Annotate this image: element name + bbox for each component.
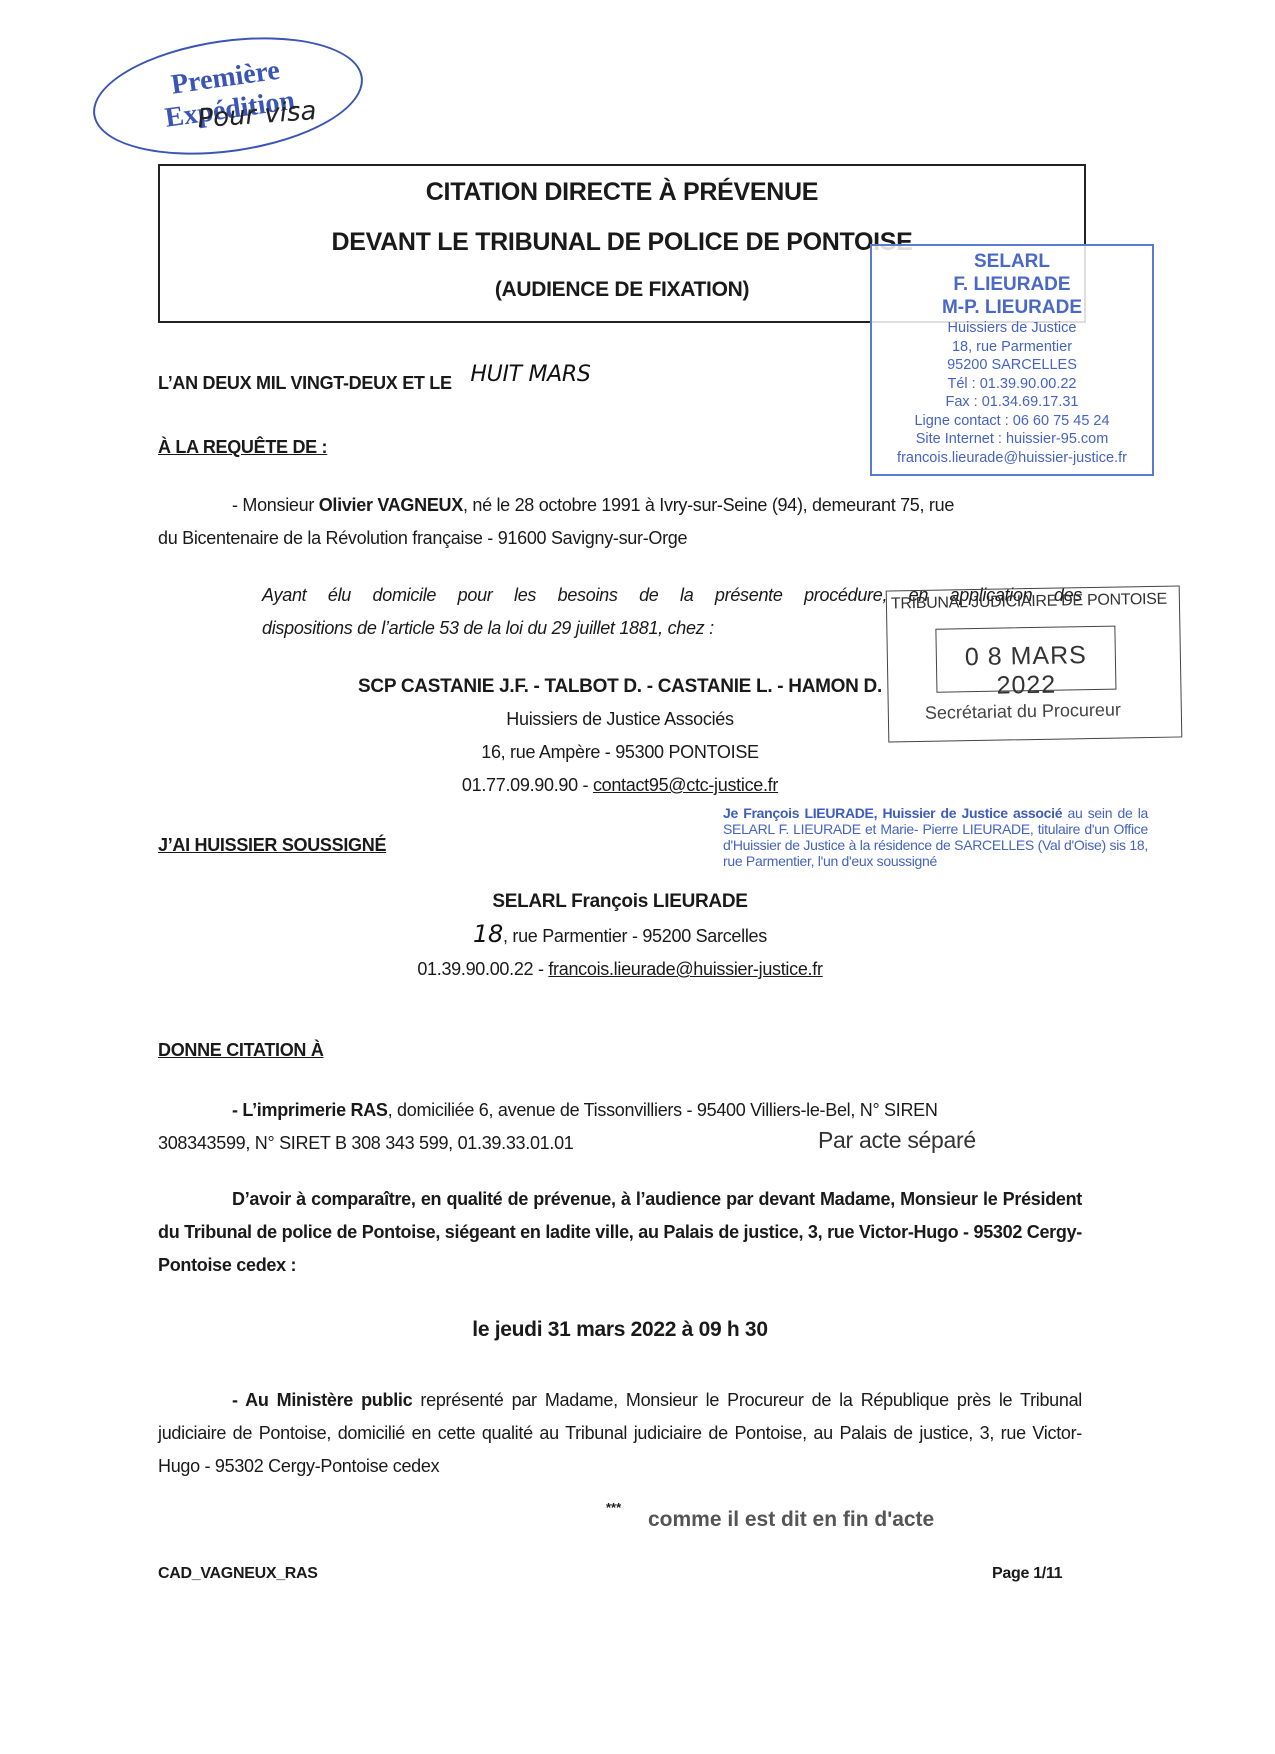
tribunal-stamp-date: 0 8 MARS 2022: [937, 641, 1116, 702]
requerant-address: du Bicentenaire de la Révolution françai…: [158, 522, 1082, 555]
document-reference: CAD_VAGNEUX_RAS: [158, 1565, 318, 1583]
huissier-email-link[interactable]: francois.lieurade@huissier-justice.fr: [548, 959, 822, 979]
page-number: Page 1/11: [992, 1565, 1062, 1583]
stamp-line: Site Internet : huissier-95.com: [872, 430, 1152, 449]
requerant-name: Olivier VAGNEUX: [319, 495, 463, 515]
ministere-label: - Au Ministère public: [232, 1390, 412, 1410]
end-of-act-stamp: comme il est dit en fin d'acte: [648, 1508, 934, 1532]
firm-contact: 01.77.09.90.90 - contact95@ctc-justice.f…: [158, 769, 1082, 802]
tribunal-stamp-date-box: 0 8 MARS 2022: [935, 626, 1116, 693]
prevenue-line-1: - L’imprimerie RAS, domiciliée 6, avenue…: [232, 1094, 1082, 1127]
firm-email-link[interactable]: contact95@ctc-justice.fr: [593, 775, 778, 795]
stamp-line: Fax : 01.34.69.17.31: [872, 393, 1152, 412]
date-handwritten: HUIT MARS: [470, 362, 590, 387]
tribunal-stamp-title: TRIBUNAL JUDICIAIRE DE PONTOISE: [891, 591, 1167, 614]
section-heading-requete: À LA REQUÊTE DE :: [158, 437, 327, 458]
document-title: CITATION DIRECTE À PRÉVENUE: [160, 178, 1084, 207]
expedition-stamp: Première Expédition Pour visa: [86, 22, 371, 171]
huissier-stamp-note: Je François LIEURADE, Huissier de Justic…: [723, 805, 1148, 869]
stamp-line: Huissiers de Justice: [872, 319, 1152, 338]
comparaitre-paragraph: D’avoir à comparaître, en qualité de pré…: [158, 1183, 1082, 1282]
prevenue-name: - L’imprimerie RAS: [232, 1100, 388, 1120]
stamp-line: Tél : 01.39.90.00.22: [872, 375, 1152, 394]
tribunal-stamp-footer: Secrétariat du Procureur: [925, 699, 1121, 723]
stamp-line: francois.lieurade@huissier-justice.fr: [872, 449, 1152, 468]
huissier-address-line: 18, rue Parmentier - 95200 Sarcelles: [158, 918, 1082, 953]
stamp-line: 18, rue Parmentier: [872, 338, 1152, 357]
section-separator: ***: [606, 1500, 621, 1515]
requerant-details: , né le 28 octobre 1991 à Ivry-sur-Seine…: [463, 495, 954, 515]
stamp-line: 95200 SARCELLES: [872, 356, 1152, 375]
stamp-line: F. LIEURADE: [872, 273, 1152, 296]
requerant-intro: - Monsieur: [232, 495, 319, 515]
separate-act-stamp: Par acte séparé: [818, 1127, 976, 1154]
stamp-line: M-P. LIEURADE: [872, 296, 1152, 319]
huissier-block: SELARL François LIEURADE 18, rue Parment…: [158, 885, 1082, 986]
date-line-prefix: L’AN DEUX MIL VINGT-DEUX ET LE: [158, 373, 452, 393]
requerant-paragraph: - Monsieur Olivier VAGNEUX, né le 28 oct…: [232, 489, 1082, 522]
firm-phone: 01.77.09.90.90 -: [462, 775, 593, 795]
section-heading-citation: DONNE CITATION À: [158, 1040, 324, 1061]
stamp-line: SELARL: [872, 250, 1152, 273]
huissier-contact: 01.39.90.00.22 - francois.lieurade@huiss…: [158, 953, 1082, 986]
section-heading-huissier: J’AI HUISSIER SOUSSIGNÉ: [158, 835, 386, 856]
huissier-address: , rue Parmentier - 95200 Sarcelles: [503, 926, 767, 946]
ministere-paragraph: - Au Ministère public représenté par Mad…: [158, 1384, 1082, 1483]
stamp-line: Ligne contact : 06 60 75 45 24: [872, 412, 1152, 431]
huissier-note-bold: Je François LIEURADE, Huissier de Justic…: [723, 805, 1062, 821]
huissier-street-number-handwritten: 18: [473, 920, 503, 948]
hearing-date: le jeudi 31 mars 2022 à 09 h 30: [158, 1318, 1082, 1342]
selarl-stamp: SELARL F. LIEURADE M-P. LIEURADE Huissie…: [870, 244, 1154, 476]
prevenue-details: , domiciliée 6, avenue de Tissonvilliers…: [388, 1100, 938, 1120]
date-line: L’AN DEUX MIL VINGT-DEUX ET LE HUIT MARS: [158, 370, 591, 395]
tribunal-received-stamp: TRIBUNAL JUDICIAIRE DE PONTOISE 0 8 MARS…: [886, 585, 1183, 742]
huissier-phone: 01.39.90.00.22 -: [417, 959, 548, 979]
huissier-name: SELARL François LIEURADE: [158, 885, 1082, 918]
prevenue-line-2: 308343599, N° SIRET B 308 343 599, 01.39…: [158, 1127, 574, 1160]
